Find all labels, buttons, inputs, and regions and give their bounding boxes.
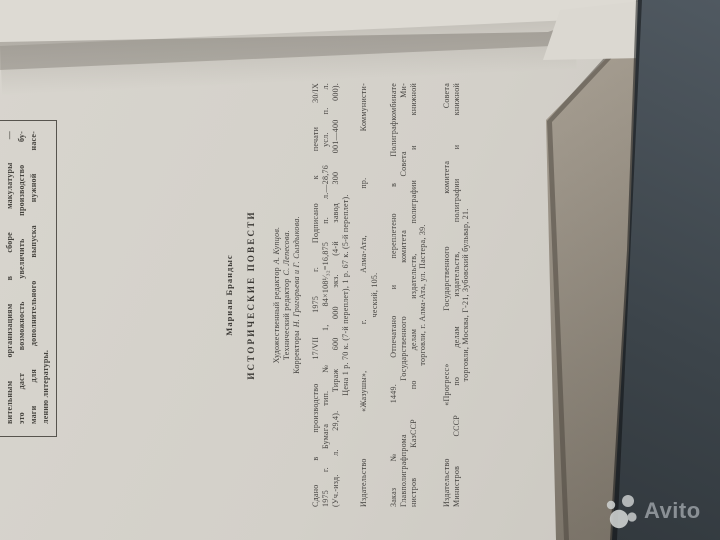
publisher-line: Издательство «Прогресс» Государственного…	[442, 83, 452, 507]
printing-line: торговли, г. Алма-Ата, ул. Пастера, 39.	[418, 83, 428, 507]
author-line: Мариан Брандыс	[225, 83, 235, 507]
notice-line: лению литературы.	[40, 131, 52, 424]
avito-watermark: Avito	[603, 488, 718, 534]
production-line: Сдано в производство 17/VII 1975 г. Подп…	[311, 83, 321, 507]
publisher-almaty-block: Издательство «Жазушы», г. Алма-Ата, пр. …	[359, 83, 380, 507]
listing-photo: вительным организациям в сборе макулатур…	[0, 0, 720, 540]
credit-line: Технический редакторС. Лепесова.	[282, 83, 292, 507]
notice-line: маги для дополнительного выпуска нужной …	[28, 131, 40, 424]
credit-name: А. Купцов.	[272, 227, 281, 264]
credit-line: Художественный редакторА. Купцов.	[272, 83, 282, 507]
credit-role: Корректоры	[292, 330, 301, 374]
printing-line: Главполиграфпрома Государственного комит…	[399, 83, 409, 507]
credit-role: Художественный редактор	[272, 267, 281, 363]
production-line: (Уч.-изд. л. 29,4). Тираж 600 000 экз. (…	[331, 83, 341, 507]
recycle-notice-box: вительным организациям в сборе макулатур…	[0, 120, 57, 437]
production-data-block: Сдано в производство 17/VII 1975 г. Подп…	[311, 83, 351, 507]
publisher-moscow-block: Издательство «Прогресс» Государственного…	[442, 83, 471, 507]
book-title: ИСТОРИЧЕСКИЕ ПОВЕСТИ	[247, 83, 257, 507]
avito-logo-icon	[603, 492, 641, 530]
credit-name: С. Лепесова.	[282, 230, 291, 276]
publisher-line: Министров СССР по делам издательств, пол…	[452, 83, 462, 507]
publisher-line: Издательство «Жазушы», г. Алма-Ата, пр. …	[359, 83, 370, 507]
page-text-rotated: вительным организациям в сборе макулатур…	[0, 0, 560, 540]
avito-wordmark: Avito	[644, 498, 701, 524]
credit-name: Н. Григорьева и Г. Сыздыкова.	[292, 216, 301, 327]
printing-house-block: Заказ № 1449. Отпечатано и переплетено в…	[389, 83, 428, 507]
credits-block: Художественный редакторА. Купцов. Технич…	[272, 83, 302, 507]
production-line: Цена 1 р. 70 к. (7-й переплет), 1 р. 67 …	[341, 83, 351, 507]
printing-line: Заказ № 1449. Отпечатано и переплетено в…	[389, 83, 399, 507]
notice-line: это даст возможность увеличить производс…	[16, 131, 28, 424]
printing-line: нистров КазССР по делам издательств, пол…	[409, 83, 419, 507]
publisher-line: торговли, Москва, Г-21, Зубовский бульва…	[461, 83, 471, 507]
credit-line: КорректорыН. Григорьева и Г. Сыздыкова.	[292, 83, 302, 507]
credit-role: Технический редактор	[282, 278, 291, 360]
production-line: 1975 г. Бумага тип. № 1, 84×108¹⁄₃₂=16,8…	[321, 83, 331, 507]
notice-line: вительным организациям в сборе макулатур…	[4, 131, 16, 424]
publisher-line: ческий, 105.	[370, 83, 381, 507]
